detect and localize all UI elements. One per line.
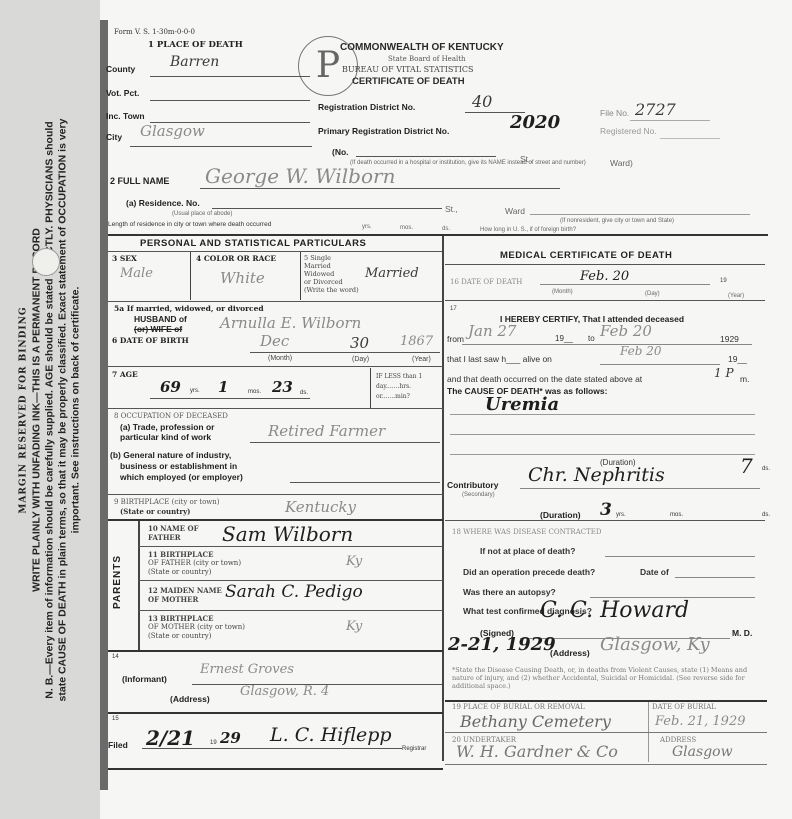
- from-label: from: [447, 334, 464, 344]
- burial-date-value: Feb. 21, 1929: [655, 714, 745, 729]
- birthplace-label-1: 9 BIRTHPLACE (city or town): [114, 498, 220, 506]
- length-mos: mos.: [400, 225, 413, 231]
- burial-place-value: Bethany Cemetery: [460, 712, 611, 731]
- color-race-value: White: [220, 269, 265, 287]
- birthplace-label-2: (State or country): [120, 507, 190, 516]
- residence-ward-label: Ward: [505, 206, 525, 216]
- age-years: 69: [160, 378, 181, 396]
- ward-label: Ward): [610, 158, 633, 168]
- death-certificate: Form V. S. 1-30m-0-0-0 1 PLACE OF DEATH …: [100, 14, 780, 782]
- length-yrs: yrs.: [362, 224, 372, 230]
- margin-nb-line-1: N. B.—Every item of information should b…: [44, 10, 57, 810]
- spouse-label-1: 5a If married, widowed, or divorced: [114, 304, 264, 313]
- filed-number: 15: [112, 716, 119, 722]
- margin-nb-line-2: state CAUSE OF DEATH in plain terms, so …: [57, 10, 70, 810]
- less-than-day: IF LESS than 1 day.......hrs. or.......m…: [376, 372, 422, 402]
- full-name-label: 2 FULL NAME: [110, 176, 169, 186]
- father-birthplace-label: 11 BIRTHPLACE OF FATHER (city or town) (…: [148, 550, 241, 577]
- margin-binding-note: MARGIN RESERVED FOR BINDING: [18, 10, 31, 810]
- death-occurred-suffix: m.: [740, 374, 749, 384]
- last-saw-year: 19__: [728, 354, 747, 364]
- burial-date-label: DATE OF BURIAL: [652, 703, 716, 711]
- undertaker-address-value: Glasgow: [672, 744, 733, 760]
- filed-year-prefix: 19: [210, 740, 217, 746]
- mother-name-label: 12 MAIDEN NAME OF MOTHER: [148, 586, 222, 604]
- medical-certificate-heading: MEDICAL CERTIFICATE OF DEATH: [500, 250, 672, 261]
- registered-no-label: Registered No.: [600, 126, 657, 136]
- inc-town-label: Inc. Town: [106, 111, 145, 121]
- certify-statement: I HEREBY CERTIFY, That I attended deceas…: [500, 314, 684, 324]
- no-label: (No.: [332, 147, 349, 157]
- last-saw-value: Feb 20: [620, 344, 662, 358]
- cause-of-death-value: Uremia: [485, 394, 559, 415]
- informant-label: (Informant): [122, 674, 167, 684]
- undertaker-value: W. H. Gardner & Co: [456, 742, 618, 761]
- full-name-value: George W. Wilborn: [205, 164, 395, 188]
- contributory-value: Chr. Nephritis: [528, 464, 665, 486]
- month-caption: (Month): [268, 355, 292, 362]
- county-value: Barren: [170, 54, 219, 70]
- filed-date: 2/21: [146, 726, 195, 750]
- secondary-duration-label: (Duration): [540, 510, 581, 520]
- personal-particulars-heading: PERSONAL AND STATISTICAL PARTICULARS: [140, 238, 366, 249]
- marital-status-labels: 5 Single Married Widowed or Divorced (Wr…: [304, 254, 359, 294]
- age-months: 1: [218, 378, 228, 396]
- date-of-birth-label: 6 DATE OF BIRTH: [112, 336, 189, 345]
- form-number: Form V. S. 1-30m-0-0-0: [114, 28, 195, 36]
- margin-instructions: MARGIN RESERVED FOR BINDING WRITE PLAINL…: [18, 10, 83, 810]
- bureau-title: BUREAU OF VITAL STATISTICS: [342, 65, 473, 74]
- day-caption: (Day): [352, 356, 369, 363]
- secondary-label: (Secondary): [462, 492, 495, 498]
- county-label: County: [106, 64, 135, 74]
- father-birthplace-value: Ky: [346, 554, 362, 569]
- margin-write-plainly: WRITE PLAINLY WITH UNFADING INK—THIS IS …: [31, 10, 44, 810]
- punch-hole: [32, 248, 60, 276]
- binding-margin: MARGIN RESERVED FOR BINDING WRITE PLAINL…: [0, 0, 100, 819]
- nonresident-note: (If nonresident, give city or town and S…: [560, 218, 674, 224]
- color-race-label: 4 COLOR OR RACE: [196, 254, 276, 263]
- registrar-signature: L. C. Hiflepp: [270, 724, 392, 746]
- informant-number: 14: [112, 654, 119, 660]
- operation-label: Did an operation precede death?: [463, 567, 595, 577]
- age-mos-unit: mos.: [248, 389, 261, 395]
- signed-date: 2-21, 1929: [448, 634, 556, 655]
- primary-registration-value: 2020: [510, 112, 560, 133]
- physician-signature: C. C. Howard: [540, 598, 689, 623]
- occupation-label: 8 OCCUPATION OF DECEASED: [114, 412, 228, 420]
- industry-label-3: which employed (or employer): [120, 472, 243, 482]
- primary-duration-ds: ds.: [762, 466, 770, 472]
- spouse-label-3: (or) WIFE of: [134, 324, 182, 334]
- certificate-title: CERTIFICATE OF DEATH: [352, 76, 465, 87]
- attended-from-date: Jan 27: [468, 322, 516, 340]
- death-day-caption: (Day): [645, 291, 660, 297]
- usual-place-caption: (Usual place of abode): [172, 211, 232, 217]
- trade-value: Retired Farmer: [268, 422, 385, 440]
- burial-place-label: 19 PLACE OF BURIAL OR REMOVAL: [452, 703, 585, 711]
- footnote: *State the Disease Causing Death, or, in…: [452, 666, 762, 690]
- disease-contracted-label: 18 WHERE WAS DISEASE CONTRACTED: [452, 528, 602, 536]
- mother-birthplace-value: Ky: [346, 619, 362, 634]
- informant-address-value: Glasgow, R. 4: [240, 684, 329, 699]
- date-of-death-label: 16 DATE OF DEATH: [450, 278, 522, 286]
- filed-year: 29: [220, 729, 241, 747]
- age-days: 23: [272, 378, 293, 396]
- industry-label-2: business or establishment in: [120, 461, 237, 471]
- residence-label: (a) Residence. No.: [126, 198, 200, 208]
- death-month-caption: (Month): [552, 289, 573, 295]
- dob-year: 1867: [400, 334, 433, 349]
- date-of-death-value: Feb. 20: [580, 269, 629, 284]
- informant-address-label: (Address): [170, 694, 210, 704]
- trade-label-1: (a) Trade, profession or: [120, 422, 214, 432]
- attended-to-year: 1929: [720, 334, 739, 344]
- undertaker-address-label: ADDRESS: [660, 736, 696, 744]
- dob-month: Dec: [260, 332, 289, 350]
- year-caption: (Year): [412, 356, 431, 363]
- place-of-death-heading: 1 PLACE OF DEATH: [148, 40, 243, 50]
- residence-st-label: St.,: [445, 204, 458, 214]
- death-occurred-label: and that death occurred on the date stat…: [447, 374, 642, 384]
- informant-value: Ernest Groves: [200, 662, 294, 677]
- sex-label: 3 SEX: [112, 254, 137, 263]
- secondary-duration-ds: ds.: [762, 512, 770, 518]
- marital-status-value: Married: [365, 266, 419, 281]
- registration-district-value: 40: [472, 92, 492, 111]
- certify-number: 17: [450, 306, 457, 312]
- spouse-label-2: HUSBAND of: [134, 314, 187, 324]
- attended-from-year: 19__: [555, 334, 573, 343]
- registrar-label: Registrar: [402, 746, 426, 752]
- birthplace-value: Kentucky: [285, 498, 356, 516]
- age-label: 7 AGE: [112, 370, 138, 379]
- filed-label: Filed: [108, 740, 128, 750]
- city-value: Glasgow: [140, 122, 205, 140]
- age-yrs-unit: yrs.: [190, 388, 200, 394]
- secondary-duration-yrs: yrs.: [616, 512, 626, 518]
- board-of-health: State Board of Health: [388, 55, 466, 63]
- death-year-caption: (Year): [728, 293, 744, 299]
- death-occurred-time: 1 P: [714, 366, 734, 380]
- spouse-value: Arnulla E. Wilborn: [220, 314, 361, 332]
- secondary-duration-years: 3: [600, 500, 612, 520]
- father-name-label: 10 NAME OF FATHER: [148, 524, 199, 542]
- primary-duration-days: 7: [740, 454, 753, 478]
- md-label: M. D.: [732, 628, 752, 638]
- sex-value: Male: [120, 266, 153, 281]
- margin-nb-line-3: important. See instructions on back of c…: [70, 10, 83, 810]
- operation-date-label: Date of: [640, 567, 669, 577]
- last-saw-label: that I last saw h___ alive on: [447, 354, 552, 364]
- length-ds: ds.: [442, 226, 450, 232]
- age-ds-unit: ds.: [300, 390, 308, 396]
- state-title: COMMONWEALTH OF KENTUCKY: [340, 42, 504, 53]
- trade-label-2: particular kind of work: [120, 432, 211, 442]
- primary-registration-label: Primary Registration District No.: [318, 126, 449, 136]
- file-no-value: 2727: [635, 100, 676, 119]
- contributory-label: Contributory: [447, 480, 498, 490]
- how-long-in-us: How long in U. S., if of foreign birth?: [480, 227, 576, 233]
- length-of-residence-label: Length of residence in city or town wher…: [108, 221, 271, 228]
- parents-label: PARENTS: [112, 555, 123, 609]
- dob-day: 30: [350, 334, 369, 352]
- physician-address-value: Glasgow, Ky: [600, 634, 710, 655]
- physician-address-label: (Address): [550, 648, 590, 658]
- attended-to-date: Feb 20: [600, 322, 652, 340]
- secondary-duration-mos: mos.: [670, 512, 683, 518]
- vot-pct-label: Vot. Pct.: [106, 88, 139, 98]
- to-label: to: [588, 334, 595, 343]
- mother-birthplace-label: 13 BIRTHPLACE OF MOTHER (city or town) (…: [148, 614, 245, 641]
- date-of-death-year-prefix: 19: [720, 278, 727, 284]
- registration-district-label: Registration District No.: [318, 102, 415, 112]
- autopsy-label: Was there an autopsy?: [463, 587, 556, 597]
- industry-label-1: (b) General nature of industry,: [110, 450, 231, 460]
- father-name-value: Sam Wilborn: [222, 522, 353, 546]
- file-no-label: File No.: [600, 108, 629, 118]
- not-place-of-death-label: If not at place of death?: [480, 546, 575, 556]
- mother-name-value: Sarah C. Pedigo: [225, 582, 363, 602]
- city-label: City: [106, 132, 122, 142]
